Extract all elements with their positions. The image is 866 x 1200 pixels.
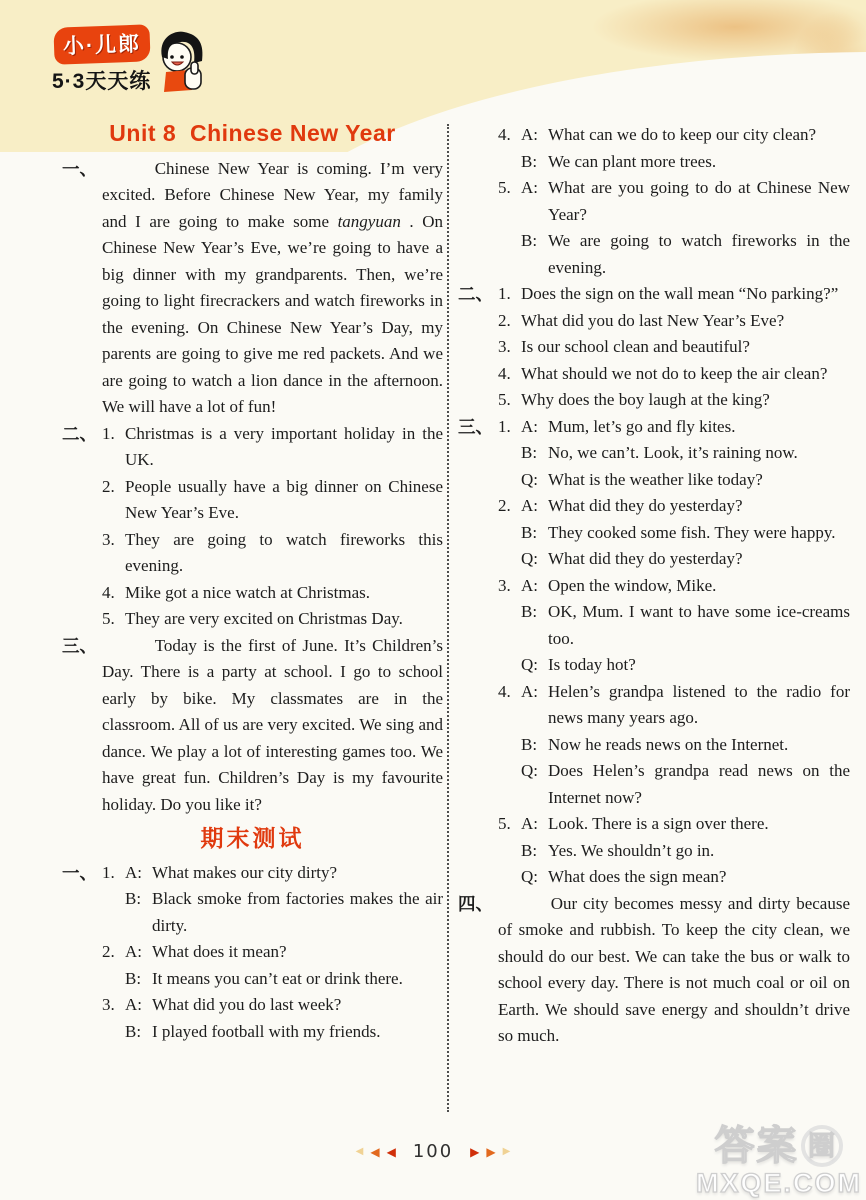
- publisher-logo: 小·儿郎 5·3天天练: [52, 26, 209, 101]
- line-text: What are you going to do at Chinese New …: [548, 175, 850, 228]
- answer-line: Q:What did they do yesterday?: [498, 546, 850, 573]
- line-text: What can we do to keep our city clean?: [548, 122, 850, 149]
- answer-line: B:Yes. We shouldn’t go in.: [498, 838, 850, 865]
- item-number: [498, 149, 521, 176]
- section-content: Chinese New Year is coming. I’m very exc…: [102, 156, 443, 421]
- watermark: 答案 圈 MXQE.COM: [696, 1124, 862, 1198]
- item-number: [102, 1019, 125, 1046]
- item-number: [102, 886, 125, 939]
- answer-paragraph: Chinese New Year is coming. I’m very exc…: [102, 156, 443, 421]
- speaker-label: B:: [521, 440, 548, 467]
- line-text: What did they do yesterday?: [548, 493, 850, 520]
- answer-line: 5.Why does the boy laugh at the king?: [498, 387, 850, 414]
- item-number: 2.: [102, 474, 125, 527]
- item-number: [498, 467, 521, 494]
- section-content: Our city becomes messy and dirty because…: [498, 891, 850, 1050]
- prev-page-icon: ◀: [387, 1146, 396, 1158]
- answer-line: Q:What is the weather like today?: [498, 467, 850, 494]
- speaker-label: A:: [521, 811, 548, 838]
- section-marker: 三、: [458, 414, 498, 891]
- answer-paragraph: Today is the first of June. It’s Childre…: [102, 633, 443, 819]
- item-number: 4.: [102, 580, 125, 607]
- speaker-label: A:: [125, 939, 152, 966]
- item-number: [498, 838, 521, 865]
- item-number: [102, 966, 125, 993]
- answer-line: 1.A:What makes our city dirty?: [102, 860, 443, 887]
- section-content: 1.Does the sign on the wall mean “No par…: [498, 281, 850, 414]
- line-text: Now he reads news on the Internet.: [548, 732, 850, 759]
- answer-line: 5.A:Look. There is a sign over there.: [498, 811, 850, 838]
- item-number: 3.: [498, 334, 521, 361]
- line-text: OK, Mum. I want to have some ice-creams …: [548, 599, 850, 652]
- item-number: 2.: [102, 939, 125, 966]
- answer-line: 2.People usually have a big dinner on Ch…: [102, 474, 443, 527]
- answer-line: B:Now he reads news on the Internet.: [498, 732, 850, 759]
- item-number: 4.: [498, 361, 521, 388]
- answer-line: Q:Does Helen’s grandpa read news on the …: [498, 758, 850, 811]
- answer-line: B:Black smoke from factories makes the a…: [102, 886, 443, 939]
- item-number: [498, 228, 521, 281]
- item-number: 5.: [498, 387, 521, 414]
- item-number: [498, 546, 521, 573]
- line-text: Does Helen’s grandpa read news on the In…: [548, 758, 850, 811]
- line-text: What is the weather like today?: [548, 467, 850, 494]
- line-text: We can plant more trees.: [548, 149, 850, 176]
- speaker-label: A:: [521, 493, 548, 520]
- line-text: What should we not do to keep the air cl…: [521, 361, 850, 388]
- section-marker: 三、: [62, 633, 102, 819]
- speaker-label: Q:: [521, 546, 548, 573]
- answer-section: 4.A:What can we do to keep our city clea…: [458, 122, 850, 281]
- answer-section: 一、1.A:What makes our city dirty?B:Black …: [62, 860, 443, 1046]
- section-content: Today is the first of June. It’s Childre…: [102, 633, 443, 819]
- line-text: What makes our city dirty?: [152, 860, 443, 887]
- speaker-label: A:: [521, 175, 548, 228]
- item-number: 4.: [498, 679, 521, 732]
- answer-line: 3.Is our school clean and beautiful?: [498, 334, 850, 361]
- answer-line: 3.A:Open the window, Mike.: [498, 573, 850, 600]
- section-marker: 二、: [62, 421, 102, 633]
- item-number: 2.: [498, 308, 521, 335]
- line-text: What does the sign mean?: [548, 864, 850, 891]
- speaker-label: A:: [125, 860, 152, 887]
- answer-line: 4.A:What can we do to keep our city clea…: [498, 122, 850, 149]
- line-text: What does it mean?: [152, 939, 443, 966]
- unit-title: Unit 8 Chinese New Year: [62, 120, 443, 147]
- item-number: 1.: [102, 860, 125, 887]
- section-content: 期末测试: [102, 818, 443, 860]
- line-text: Look. There is a sign over there.: [548, 811, 850, 838]
- speaker-label: B:: [521, 732, 548, 759]
- answer-line: 3.A:What did you do last week?: [102, 992, 443, 1019]
- speaker-label: A:: [521, 414, 548, 441]
- item-number: 3.: [498, 573, 521, 600]
- next-page-icon: ▶: [470, 1146, 479, 1158]
- line-text: We are going to watch fireworks in the e…: [548, 228, 850, 281]
- watermark-circled-char: 圈: [801, 1125, 843, 1167]
- answer-line: 2.A:What does it mean?: [102, 939, 443, 966]
- item-number: 1.: [498, 281, 521, 308]
- speaker-label: B:: [125, 966, 152, 993]
- item-number: [498, 758, 521, 811]
- line-text: Mike got a nice watch at Christmas.: [125, 580, 443, 607]
- speaker-label: A:: [125, 992, 152, 1019]
- exam-title: 期末测试: [62, 825, 443, 852]
- line-text: Yes. We shouldn’t go in.: [548, 838, 850, 865]
- answer-section: 三、Today is the first of June. It’s Child…: [62, 633, 443, 819]
- speaker-label: B:: [521, 228, 548, 281]
- next-page-icon: ▶: [503, 1147, 511, 1157]
- line-text: They are very excited on Christmas Day.: [125, 606, 443, 633]
- answer-line: 1.Christmas is a very important holiday …: [102, 421, 443, 474]
- prev-page-icon: ◀: [370, 1146, 379, 1158]
- watermark-site-text: MXQE.COM: [696, 1168, 862, 1198]
- item-number: 4.: [498, 122, 521, 149]
- line-text: Why does the boy laugh at the king?: [521, 387, 850, 414]
- answer-line: B:I played football with my friends.: [102, 1019, 443, 1046]
- answer-section: 四、Our city becomes messy and dirty becau…: [458, 891, 850, 1050]
- section-content: 4.A:What can we do to keep our city clea…: [498, 122, 850, 281]
- prev-page-icon: ◀: [356, 1147, 364, 1157]
- answer-line: B:They cooked some fish. They were happy…: [498, 520, 850, 547]
- answer-line: Q:What does the sign mean?: [498, 864, 850, 891]
- item-number: [498, 652, 521, 679]
- answer-line: 3.They are going to watch fireworks this…: [102, 527, 443, 580]
- speaker-label: B:: [521, 149, 548, 176]
- line-text: Helen’s grandpa listened to the radio fo…: [548, 679, 850, 732]
- logo-brand-text: 小·儿郎: [53, 24, 150, 64]
- item-number: [498, 599, 521, 652]
- answer-line: Q:Is today hot?: [498, 652, 850, 679]
- answer-line: 5.They are very excited on Christmas Day…: [102, 606, 443, 633]
- item-number: [498, 520, 521, 547]
- logo-series-text: 5·3天天练: [52, 65, 151, 95]
- answer-line: 5.A:What are you going to do at Chinese …: [498, 175, 850, 228]
- speaker-label: B:: [521, 838, 548, 865]
- item-number: [498, 440, 521, 467]
- line-text: No, we can’t. Look, it’s raining now.: [548, 440, 850, 467]
- speaker-label: Q:: [521, 652, 548, 679]
- section-content: 1.A:Mum, let’s go and fly kites.B:No, we…: [498, 414, 850, 891]
- answer-line: 4.A:Helen’s grandpa listened to the radi…: [498, 679, 850, 732]
- line-text: What did you do last New Year’s Eve?: [521, 308, 850, 335]
- section-marker: [458, 122, 498, 281]
- section-marker: 四、: [458, 891, 498, 1050]
- column-divider: [447, 124, 449, 1112]
- answer-section: 二、1.Christmas is a very important holida…: [62, 421, 443, 633]
- answer-line: 4.What should we not do to keep the air …: [498, 361, 850, 388]
- line-text: Mum, let’s go and fly kites.: [548, 414, 850, 441]
- speaker-label: A:: [521, 122, 548, 149]
- speaker-label: A:: [521, 573, 548, 600]
- section-content: 1.A:What makes our city dirty?B:Black sm…: [102, 860, 443, 1046]
- answer-section: 二、1.Does the sign on the wall mean “No p…: [458, 281, 850, 414]
- answer-line: 1.Does the sign on the wall mean “No par…: [498, 281, 850, 308]
- speaker-label: B:: [521, 599, 548, 652]
- line-text: I played football with my friends.: [152, 1019, 443, 1046]
- speaker-label: B:: [521, 520, 548, 547]
- line-text: Christmas is a very important holiday in…: [125, 421, 443, 474]
- line-text: Open the window, Mike.: [548, 573, 850, 600]
- item-number: 5.: [498, 811, 521, 838]
- section-marker: 一、: [62, 156, 102, 421]
- answer-section: 一、Chinese New Year is coming. I’m very e…: [62, 156, 443, 421]
- answer-paragraph: Our city becomes messy and dirty because…: [498, 891, 850, 1050]
- line-text: It means you can’t eat or drink there.: [152, 966, 443, 993]
- section-content: 1.Christmas is a very important holiday …: [102, 421, 443, 633]
- answer-line: B:OK, Mum. I want to have some ice-cream…: [498, 599, 850, 652]
- answer-line: B:It means you can’t eat or drink there.: [102, 966, 443, 993]
- speaker-label: B:: [125, 1019, 152, 1046]
- speaker-label: Q:: [521, 467, 548, 494]
- line-text: What did they do yesterday?: [548, 546, 850, 573]
- line-text: They are going to watch fireworks this e…: [125, 527, 443, 580]
- item-number: 3.: [102, 527, 125, 580]
- section-marker: 二、: [458, 281, 498, 414]
- speaker-label: A:: [521, 679, 548, 732]
- item-number: [498, 864, 521, 891]
- line-text: What did you do last week?: [152, 992, 443, 1019]
- speaker-label: B:: [125, 886, 152, 939]
- right-column: 4.A:What can we do to keep our city clea…: [458, 122, 850, 1050]
- answer-line: B:We are going to watch fireworks in the…: [498, 228, 850, 281]
- item-number: 3.: [102, 992, 125, 1019]
- next-page-icon: ▶: [486, 1146, 495, 1158]
- answer-line: B:We can plant more trees.: [498, 149, 850, 176]
- item-number: 1.: [102, 421, 125, 474]
- speaker-label: Q:: [521, 758, 548, 811]
- answer-section: 三、1.A:Mum, let’s go and fly kites.B:No, …: [458, 414, 850, 891]
- answer-line: 4.Mike got a nice watch at Christmas.: [102, 580, 443, 607]
- item-number: 5.: [102, 606, 125, 633]
- answer-line: 2.A:What did they do yesterday?: [498, 493, 850, 520]
- page-number: 100: [413, 1141, 453, 1162]
- item-number: [498, 732, 521, 759]
- section-marker: 一、: [62, 860, 102, 1046]
- line-text: Is today hot?: [548, 652, 850, 679]
- watermark-brand-text: 答案: [714, 1124, 798, 1168]
- line-text: Is our school clean and beautiful?: [521, 334, 850, 361]
- item-number: 2.: [498, 493, 521, 520]
- answer-section: 期末测试: [62, 818, 443, 860]
- line-text: Does the sign on the wall mean “No parki…: [521, 281, 850, 308]
- line-text: Black smoke from factories makes the air…: [152, 886, 443, 939]
- boy-mascot-icon: [155, 28, 209, 101]
- line-text: People usually have a big dinner on Chin…: [125, 474, 443, 527]
- answer-line: 2.What did you do last New Year’s Eve?: [498, 308, 850, 335]
- item-number: 5.: [498, 175, 521, 228]
- line-text: They cooked some fish. They were happy.: [548, 520, 850, 547]
- item-number: 1.: [498, 414, 521, 441]
- answer-line: 1.A:Mum, let’s go and fly kites.: [498, 414, 850, 441]
- left-column: Unit 8 Chinese New Year 一、Chinese New Ye…: [62, 118, 443, 1045]
- answer-line: B:No, we can’t. Look, it’s raining now.: [498, 440, 850, 467]
- speaker-label: Q:: [521, 864, 548, 891]
